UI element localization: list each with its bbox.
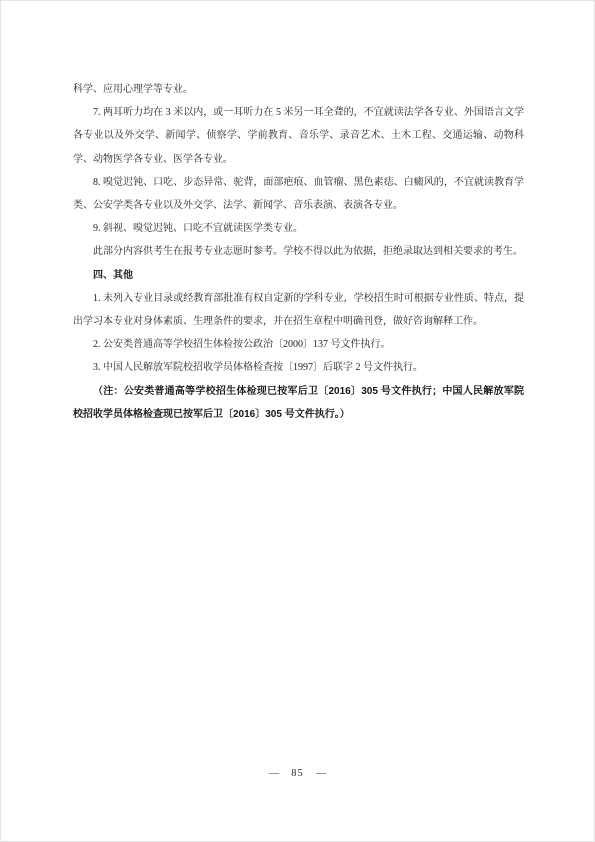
paragraph-bold-note: （注：公安类普通高等学校招生体检现已按军后卫〔2016〕305 号文件执行；中国…: [73, 380, 524, 426]
page-number: 85: [291, 767, 304, 781]
footer-right-dash: —: [316, 767, 327, 781]
paragraph-item-9: 9. 斜视、嗅觉迟钝、口吃不宜就读医学类专业。: [73, 217, 524, 240]
paragraph-item-7: 7. 两耳听力均在 3 米以内，或一耳听力在 5 米另一耳全聋的，不宜就读法学各…: [73, 101, 524, 171]
paragraph-reference-note: 此部分内容供考生在报考专业志愿时参考。学校不得以此为依据，拒绝录取达到相关要求的…: [73, 240, 524, 263]
document-body: 科学、应用心理学等专业。 7. 两耳听力均在 3 米以内，或一耳听力在 5 米另…: [73, 78, 524, 426]
paragraph-other-item-3: 3. 中国人民解放军院校招收学员体格检查按〔1997〕后联字 2 号文件执行。: [73, 356, 524, 379]
paragraph-other-item-2: 2. 公安类普通高等学校招生体检按公政治〔2000〕137 号文件执行。: [73, 333, 524, 356]
paragraph-other-item-1: 1. 未列入专业目录或经教育部批准有权自定新的学科专业，学校招生时可根据专业性质…: [73, 287, 524, 333]
document-page: 科学、应用心理学等专业。 7. 两耳听力均在 3 米以内，或一耳听力在 5 米另…: [0, 0, 595, 842]
paragraph-item-8: 8. 嗅觉迟钝、口吃、步态异常、驼背，面部疤痕、血管瘤、黑色素痣、白癜风的，不宜…: [73, 171, 524, 217]
section-heading-other: 四、其他: [73, 264, 524, 287]
page-footer: —85—: [1, 767, 594, 781]
footer-left-dash: —: [269, 767, 280, 781]
paragraph-continuation: 科学、应用心理学等专业。: [73, 78, 524, 101]
